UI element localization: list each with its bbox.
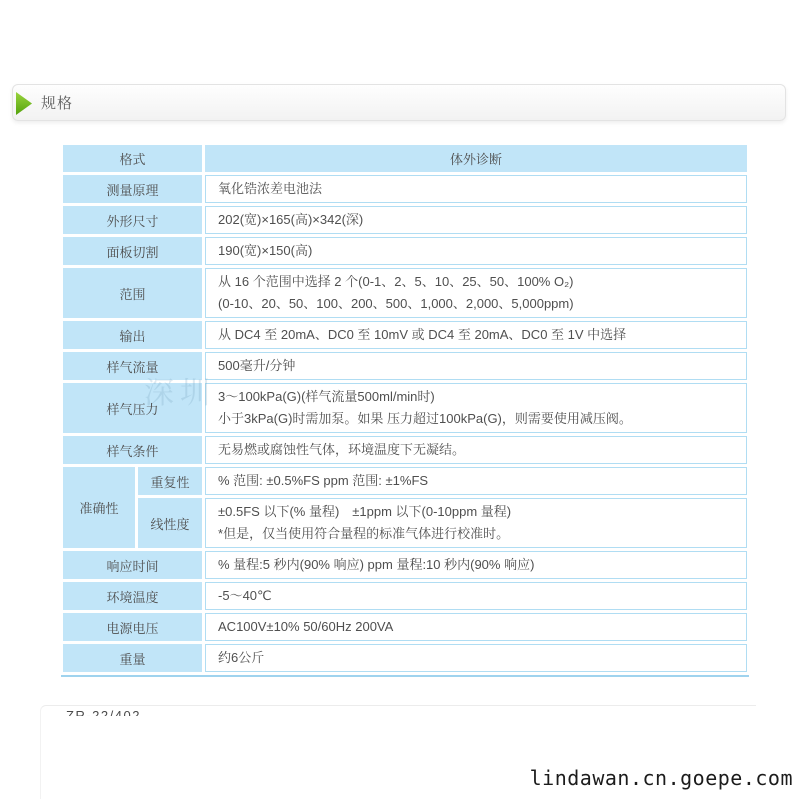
spec-value-cell: 190(宽)×150(高) xyxy=(205,237,747,265)
spec-value-line: (0-10、20、50、100、200、500、1,000、2,000、5,00… xyxy=(218,293,734,315)
spec-label-cell: 电源电压 xyxy=(63,613,202,641)
spec-label-cell: 样气流量 xyxy=(63,352,202,380)
spec-row: 面板切割190(宽)×150(高) xyxy=(63,237,747,265)
spec-value-line: 从 DC4 至 20mA、DC0 至 10mV 或 DC4 至 20mA、DC0… xyxy=(218,324,734,346)
spec-row: 样气条件无易燃或腐蚀性气体，环境温度下无凝结。 xyxy=(63,436,747,464)
spec-value-cell: 约6公斤 xyxy=(205,644,747,672)
spec-value-cell: 氧化锆浓差电池法 xyxy=(205,175,747,203)
spec-group-label-cell: 准确性 xyxy=(63,467,135,548)
spec-value-line: 无易燃或腐蚀性气体，环境温度下无凝结。 xyxy=(218,439,734,461)
spec-row: 测量原理氧化锆浓差电池法 xyxy=(63,175,747,203)
section-header-bar: 规格 xyxy=(12,84,786,121)
spec-value-line: 500毫升/分钟 xyxy=(218,355,734,377)
spec-value-line: 190(宽)×150(高) xyxy=(218,240,734,262)
section-title: 规格 xyxy=(41,92,73,113)
spec-label-cell: 重复性 xyxy=(138,467,202,495)
spec-value-cell: % 量程:5 秒内(90% 响应) ppm 量程:10 秒内(90% 响应) xyxy=(205,551,747,579)
spec-row: 外形尺寸202(宽)×165(高)×342(深) xyxy=(63,206,747,234)
spec-label-cell: 线性度 xyxy=(138,498,202,548)
spec-label-cell: 响应时间 xyxy=(63,551,202,579)
spec-header-row: 格式 体外诊断 xyxy=(63,145,747,172)
spec-header-label-cell: 格式 xyxy=(63,145,202,172)
spec-table-container: 格式 体外诊断 测量原理氧化锆浓差电池法外形尺寸202(宽)×165(高)×34… xyxy=(60,142,750,677)
spec-value-line: ±0.5FS 以下(% 量程) ±1ppm 以下(0-10ppm 量程) xyxy=(218,501,734,523)
site-watermark-url: lindawan.cn.goepe.com xyxy=(530,766,793,790)
spec-table: 格式 体外诊断 测量原理氧化锆浓差电池法外形尺寸202(宽)×165(高)×34… xyxy=(60,142,750,675)
spec-label-cell: 面板切割 xyxy=(63,237,202,265)
spec-row: 准确性重复性% 范围: ±0.5%FS ppm 范围: ±1%FS xyxy=(63,467,747,495)
spec-label-cell: 测量原理 xyxy=(63,175,202,203)
spec-value-line: % 范围: ±0.5%FS ppm 范围: ±1%FS xyxy=(218,470,734,492)
spec-value-line: AC100V±10% 50/60Hz 200VA xyxy=(218,616,734,638)
spec-value-line: 约6公斤 xyxy=(218,647,734,669)
spec-label-cell: 输出 xyxy=(63,321,202,349)
spec-label-cell: 范围 xyxy=(63,268,202,318)
spec-label-cell: 样气压力 xyxy=(63,383,202,433)
spec-value-cell: AC100V±10% 50/60Hz 200VA xyxy=(205,613,747,641)
spec-value-line: 氧化锆浓差电池法 xyxy=(218,178,734,200)
spec-row: 响应时间% 量程:5 秒内(90% 响应) ppm 量程:10 秒内(90% 响… xyxy=(63,551,747,579)
spec-header-value-cell: 体外诊断 xyxy=(205,145,747,172)
spec-row: 电源电压AC100V±10% 50/60Hz 200VA xyxy=(63,613,747,641)
spec-value-line: 小于3kPa(G)时需加泵。如果 压力超过100kPa(G)，则需要使用减压阀。 xyxy=(218,408,734,430)
spec-label-cell: 重量 xyxy=(63,644,202,672)
spec-value-line: -5～40℃ xyxy=(218,585,734,607)
spec-row: 范围从 16 个范围中选择 2 个(0-1、2、5、10、25、50、100% … xyxy=(63,268,747,318)
spec-value-cell: 从 16 个范围中选择 2 个(0-1、2、5、10、25、50、100% O₂… xyxy=(205,268,747,318)
spec-value-cell: -5～40℃ xyxy=(205,582,747,610)
spec-value-cell: 无易燃或腐蚀性气体，环境温度下无凝结。 xyxy=(205,436,747,464)
spec-label-cell: 环境温度 xyxy=(63,582,202,610)
clipped-model-text: ZR-22/402 xyxy=(66,708,141,716)
spec-value-line: % 量程:5 秒内(90% 响应) ppm 量程:10 秒内(90% 响应) xyxy=(218,554,734,576)
spec-row: 样气压力3～100kPa(G)(样气流量500ml/min时)小于3kPa(G)… xyxy=(63,383,747,433)
spec-value-line: 从 16 个范围中选择 2 个(0-1、2、5、10、25、50、100% O₂… xyxy=(218,271,734,293)
spec-row: 重量约6公斤 xyxy=(63,644,747,672)
spec-value-line: *但是，仅当使用符合量程的标准气体进行校准时。 xyxy=(218,523,734,545)
spec-row: 环境温度-5～40℃ xyxy=(63,582,747,610)
spec-value-cell: ±0.5FS 以下(% 量程) ±1ppm 以下(0-10ppm 量程)*但是，… xyxy=(205,498,747,548)
spec-value-cell: % 范围: ±0.5%FS ppm 范围: ±1%FS xyxy=(205,467,747,495)
spec-value-cell: 500毫升/分钟 xyxy=(205,352,747,380)
spec-row: 线性度±0.5FS 以下(% 量程) ±1ppm 以下(0-10ppm 量程)*… xyxy=(63,498,747,548)
spec-value-cell: 202(宽)×165(高)×342(深) xyxy=(205,206,747,234)
spec-label-cell: 外形尺寸 xyxy=(63,206,202,234)
spec-value-cell: 从 DC4 至 20mA、DC0 至 10mV 或 DC4 至 20mA、DC0… xyxy=(205,321,747,349)
table-bottom-border xyxy=(61,675,749,677)
spec-label-cell: 样气条件 xyxy=(63,436,202,464)
spec-value-cell: 3～100kPa(G)(样气流量500ml/min时)小于3kPa(G)时需加泵… xyxy=(205,383,747,433)
spec-value-line: 3～100kPa(G)(样气流量500ml/min时) xyxy=(218,386,734,408)
green-arrow-icon xyxy=(15,92,33,115)
spec-value-line: 202(宽)×165(高)×342(深) xyxy=(218,209,734,231)
spec-row: 样气流量500毫升/分钟 xyxy=(63,352,747,380)
spec-row: 输出从 DC4 至 20mA、DC0 至 10mV 或 DC4 至 20mA、D… xyxy=(63,321,747,349)
